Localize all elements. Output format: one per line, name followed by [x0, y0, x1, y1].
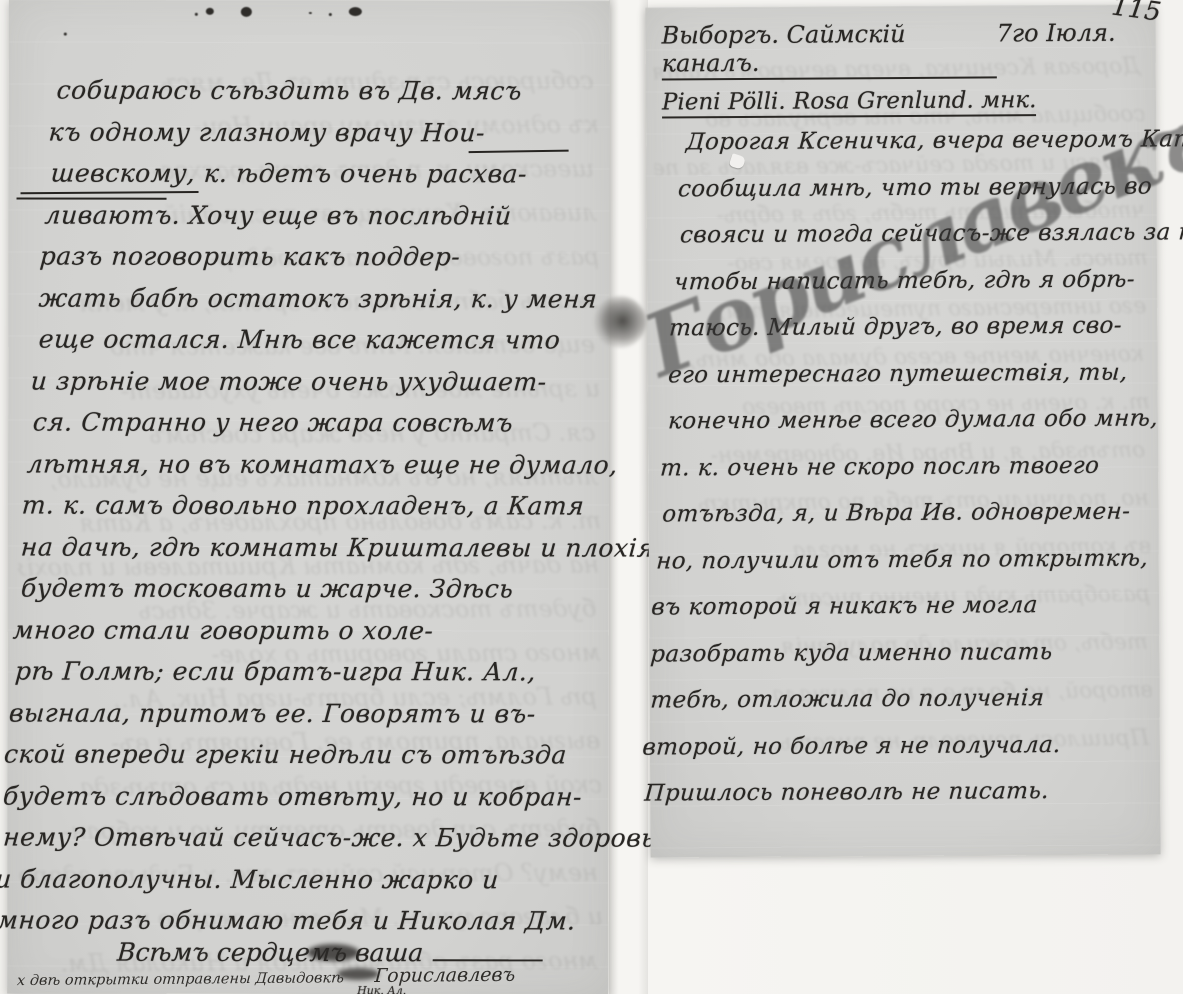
handwriting-line: и благополучны. Мысленно жарко и	[0, 858, 584, 901]
handwriting-line: и зрѣніе мое тоже очень ухудшает-	[29, 360, 619, 403]
handwriting-lines: собираюсь съѣздить въ Дв. мясъкъ одному …	[0, 70, 640, 942]
page-date: 7го Іюля.	[997, 19, 1116, 48]
page-header: Выборгъ. Саймскій каналъ. 7го Іюля. Pien…	[661, 19, 1142, 116]
letter-page-left: собираюсь съѣздить въ Дв. мясъкъ одному …	[7, 0, 610, 994]
handwriting-line: жать бабѣ остатокъ зрѣнія, к. у меня	[37, 277, 625, 320]
handwriting-line: ся. Странно у него жара совсѣмъ	[31, 402, 616, 445]
handwriting-line: еще остался. Мнѣ все кажется что	[37, 319, 622, 362]
ink-speck	[241, 7, 252, 17]
handwriting-line: второй, но болѣе я не получала.	[641, 721, 1138, 771]
ink-speck	[349, 7, 362, 16]
ink-smudge	[337, 968, 379, 980]
handwriting-lines: Дорогая Ксеничка, вчера вечеромъ Катясоо…	[640, 116, 1177, 817]
handwriting-line: тебѣ, отложила до полученія	[649, 675, 1141, 725]
handwriting-line: отъѣзда, я, и Вѣра Ив. одновремен-	[661, 488, 1153, 538]
handwriting-line: конечно менѣе всего думала обо мнѣ,	[667, 395, 1159, 445]
handwriting-line: нему? Отвѣчай сейчасъ-же. х Будьте здоро…	[2, 816, 587, 859]
handwriting-line: т. к. очень не скоро послѣ твоего	[659, 442, 1156, 492]
handwriting-line: собираюсь съѣздить въ Дв. мясъ	[55, 70, 640, 113]
handwriting-line: Пришлось поневолѣ не писать.	[643, 768, 1135, 818]
handwriting-line: много разъ обнимаю тебя и Николая Дм.	[0, 899, 581, 942]
handwriting-line: много стали говорить о холе-	[12, 609, 602, 652]
handwriting-line: сообщила мнѣ, что ты вернулась во	[677, 163, 1174, 213]
handwriting-line: свояси и тогда сейчасъ-же взялась за пер…	[679, 209, 1171, 259]
handwriting-line: будетъ слѣдовать отвѣту, но и кобран-	[2, 775, 590, 818]
handwriting-line: т. к. самъ довольно прохладенъ, а Катя	[20, 485, 610, 528]
ink-smudge	[307, 944, 359, 961]
handwriting-line: таюсь. Милый другъ, во время сво-	[668, 302, 1165, 352]
handwriting-line: лѣтняя, но въ комнатахъ еще не думало,	[25, 443, 613, 486]
document-scan: собираюсь съѣздить въ Дв. мясъкъ одному …	[0, 0, 1183, 994]
handwriting-line: будетъ тосковать и жарче. Здѣсь	[20, 568, 605, 611]
handwriting-line: выгнала, притомъ ее. Говорятъ и въ-	[8, 692, 596, 735]
letter-page-right: Дорогая Ксеничка, вчера вечеромъ Катясоо…	[645, 4, 1160, 857]
handwriting-line: шевскому, к. ѣдетъ очень расхва-	[49, 153, 634, 196]
closing-text: Всѣмъ сердцемъ ваша	[116, 938, 424, 968]
ink-speck	[329, 13, 332, 16]
ink-speck	[206, 8, 214, 15]
handwriting-line: разъ поговорить какъ поддер-	[38, 236, 628, 279]
ink-speck	[309, 12, 312, 14]
handwriting-line: къ одному глазному врачу Нои-	[47, 111, 637, 154]
handwriting-line: ливаютъ. Хочу еще въ послѣдній	[43, 194, 631, 237]
location-header: Выборгъ. Саймскій каналъ.	[661, 19, 996, 80]
handwriting-line: на дачѣ, гдѣ комнаты Кришталевы и плохія	[20, 526, 608, 569]
ink-speck	[64, 33, 67, 36]
footnote-text: х двѣ открытки отправлены Давыдовкѣ	[17, 970, 345, 989]
handwriting-line: рѣ Голмѣ; если братъ-игра Ник. Ал.,	[14, 650, 599, 693]
underline-mark	[17, 197, 167, 199]
handwriting-line: ской впереди грекіи недѣли съ отъѣзда	[3, 733, 593, 776]
handwriting-line: въ которой я никакъ не могла	[650, 582, 1147, 632]
footnote-line: х двѣ открытки отправлены Давыдовкѣ Гори…	[16, 964, 515, 990]
footnote-subnote: Ник. Ал.	[357, 984, 406, 994]
address-header: Pieni Pölli. Rosa Grenlund. мнк.	[662, 87, 1037, 118]
handwriting-line: разобрать куда именно писать	[649, 628, 1144, 678]
signature-rule	[433, 959, 543, 961]
handwriting-line: его интереснаго путешествія, ты,	[667, 349, 1162, 399]
ink-speck	[195, 13, 198, 16]
handwriting-line: чтобы написать тебѣ, гдѣ я обрѣ-	[673, 256, 1168, 306]
ink-blot	[594, 296, 646, 348]
handwriting-line: но, получили отъ тебя по открыткѣ,	[655, 535, 1150, 585]
handwriting-line: Дорогая Ксеничка, вчера вечеромъ Катя	[685, 116, 1177, 166]
